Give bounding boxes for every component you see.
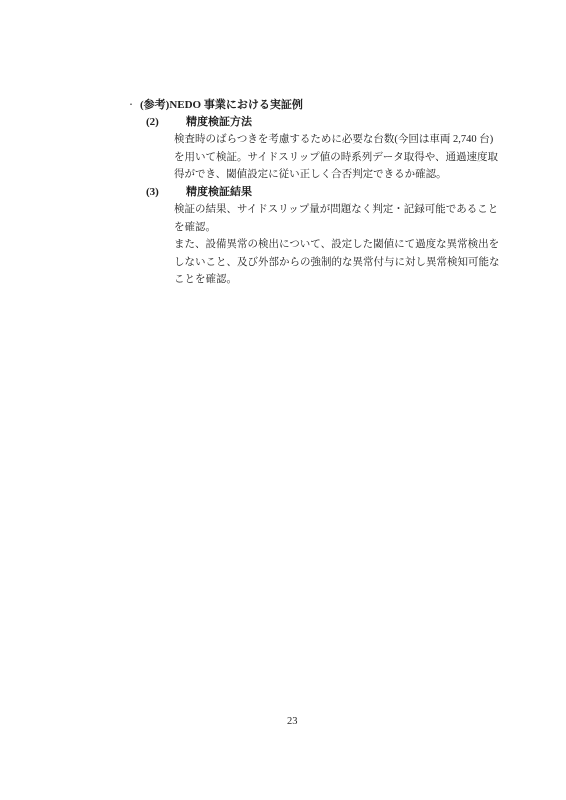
document-content: ・(参考)NEDO 事業における実証例 (2)精度検証方法 検査時のばらつきを考… (0, 96, 566, 289)
body-line: を用いて検証。サイドスリップ値の時系列データ取得や、通過速度取 (174, 149, 489, 167)
section-2-heading: (2)精度検証方法 (146, 114, 566, 132)
document-heading: (参考)NEDO 事業における実証例 (140, 99, 303, 111)
page-number: 23 (287, 716, 298, 727)
body-line: 検証の結果、サイドスリップ量が問題なく判定・記録可能であること (174, 201, 489, 219)
section-2-number: (2) (146, 114, 178, 132)
section-3-title: 精度検証結果 (186, 186, 252, 198)
body-line: また、設備異常の検出について、設定した閾値にて過度な異常検出を (174, 236, 489, 254)
bullet-marker: ・ (127, 96, 140, 114)
body-line: しないこと、及び外部からの強制的な異常付与に対し異常検知可能な (174, 254, 489, 272)
bullet-heading-line: ・(参考)NEDO 事業における実証例 (127, 96, 566, 114)
section-3-heading: (3)精度検証結果 (146, 184, 566, 202)
body-line: 検査時のばらつきを考慮するために必要な台数(今回は車両 2,740 台) (174, 131, 489, 149)
section-3-number: (3) (146, 184, 178, 202)
document-page: ・(参考)NEDO 事業における実証例 (2)精度検証方法 検査時のばらつきを考… (0, 0, 566, 800)
body-line: を確認。 (174, 219, 489, 237)
body-line: 得ができ、閾値設定に従い正しく合否判定できるか確認。 (174, 166, 489, 184)
body-line: ことを確認。 (174, 271, 489, 289)
section-2-title: 精度検証方法 (186, 116, 252, 128)
